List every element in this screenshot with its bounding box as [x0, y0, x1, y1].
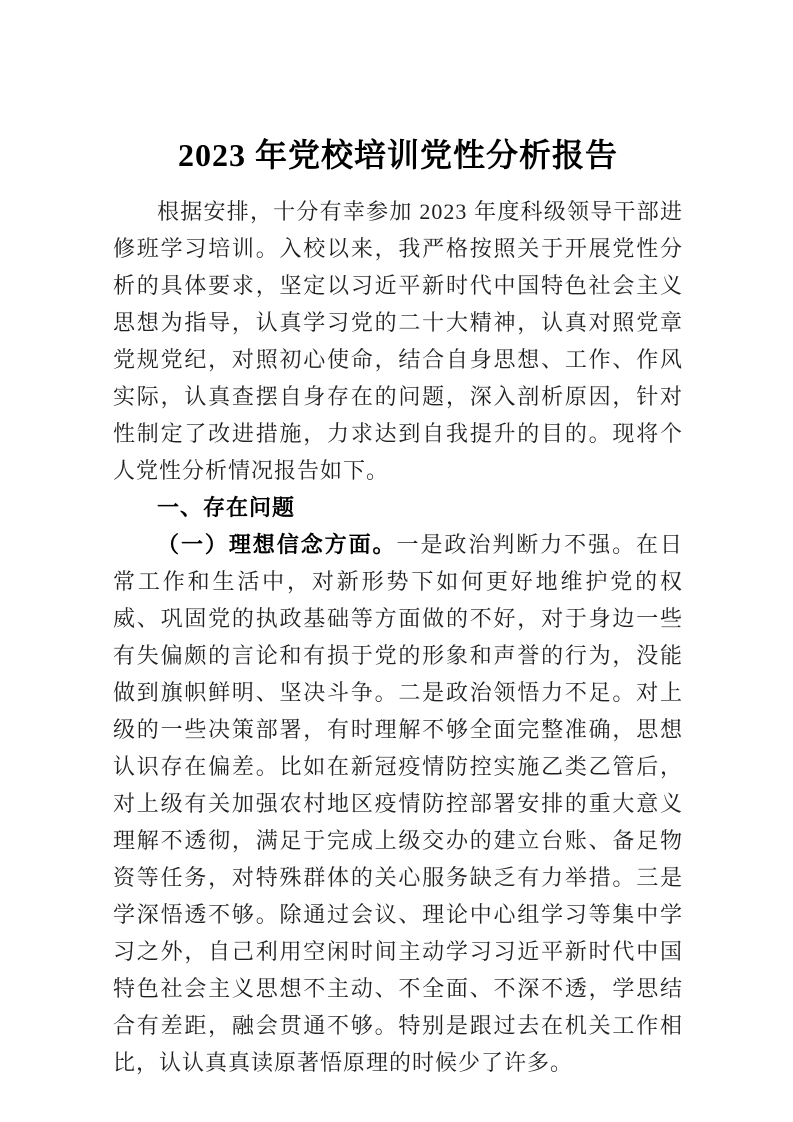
document-title: 2023 年党校培训党性分析报告 [113, 135, 683, 175]
intro-paragraph: 根据安排，十分有幸参加 2023 年度科级领导干部进修班学习培训。入校以来，我严… [113, 193, 683, 489]
section-paragraph: （一）理想信念方面。一是政治判断力不强。在日常工作和生活中，对新形势下如何更好地… [113, 526, 683, 1081]
document-page: 2023 年党校培训党性分析报告 根据安排，十分有幸参加 2023 年度科级领导… [0, 0, 793, 1122]
paragraph-lead: （一）理想信念方面。 [157, 532, 397, 557]
paragraph-body-text: 一是政治判断力不强。在日常工作和生活中，对新形势下如何更好地维护党的权威、巩固党… [113, 532, 683, 1075]
section-heading-problems: 一、存在问题 [113, 489, 683, 526]
